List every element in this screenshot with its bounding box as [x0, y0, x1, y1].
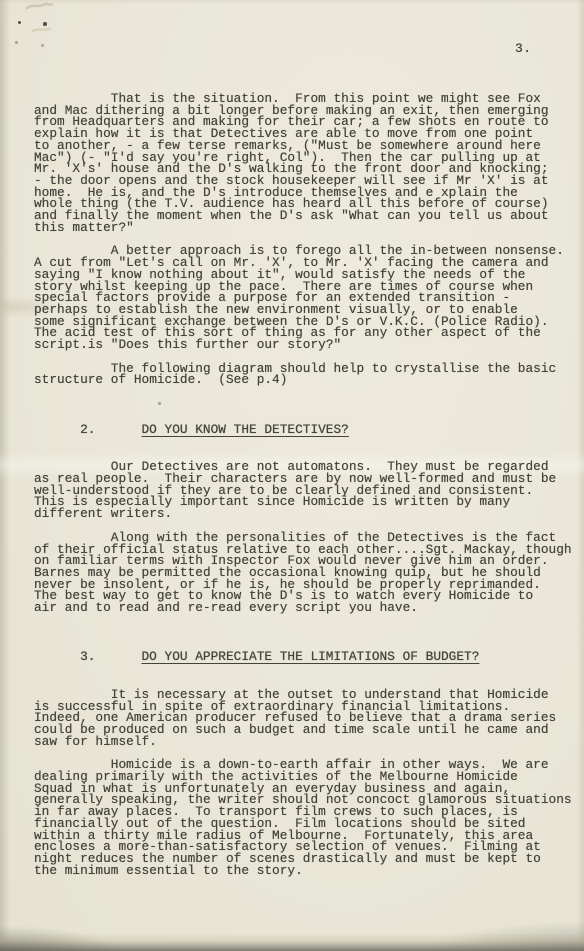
page-edge-bottom [0, 933, 584, 951]
handwritten-smudge-marks [0, 0, 80, 60]
section-title: DO YOU KNOW THE DETECTIVES? [142, 422, 349, 437]
paragraph-section3-2: Homicide is a down-to-earth affair in ot… [34, 759, 579, 876]
paragraph-section2-1: Our Detectives are not automatons. They … [34, 461, 579, 520]
ink-speck [15, 41, 18, 44]
section-heading-2: 2.DO YOU KNOW THE DETECTIVES? [34, 412, 579, 447]
scanned-document-page: 3. That is the situation. From this poin… [0, 0, 584, 951]
paragraph-intro-1: That is the situation. From this point w… [34, 93, 579, 233]
page-number: 3. [515, 41, 532, 56]
ink-speck [43, 22, 47, 26]
paragraph-section2-2: Along with the personalities of the Dete… [34, 532, 579, 614]
corner-shadow-bottom-right [424, 921, 584, 951]
page-edge-left [0, 0, 10, 951]
corner-shadow-bottom-left [0, 925, 120, 951]
paragraph-intro-2: A better approach is to forego all the i… [34, 245, 579, 350]
section-heading-3: 3.DO YOU APPRECIATE THE LIMITATIONS OF B… [34, 640, 579, 675]
section-number: 2. [80, 424, 141, 436]
paragraph-section3-1: It is necessary at the outset to underst… [34, 689, 579, 748]
section-title: DO YOU APPRECIATE THE LIMITATIONS OF BUD… [142, 649, 480, 664]
document-body: That is the situation. From this point w… [34, 93, 579, 888]
paragraph-intro-3: The following diagram should help to cry… [34, 363, 579, 386]
section-number: 3. [80, 651, 141, 663]
ink-speck [18, 21, 21, 24]
ink-speck [41, 44, 44, 47]
